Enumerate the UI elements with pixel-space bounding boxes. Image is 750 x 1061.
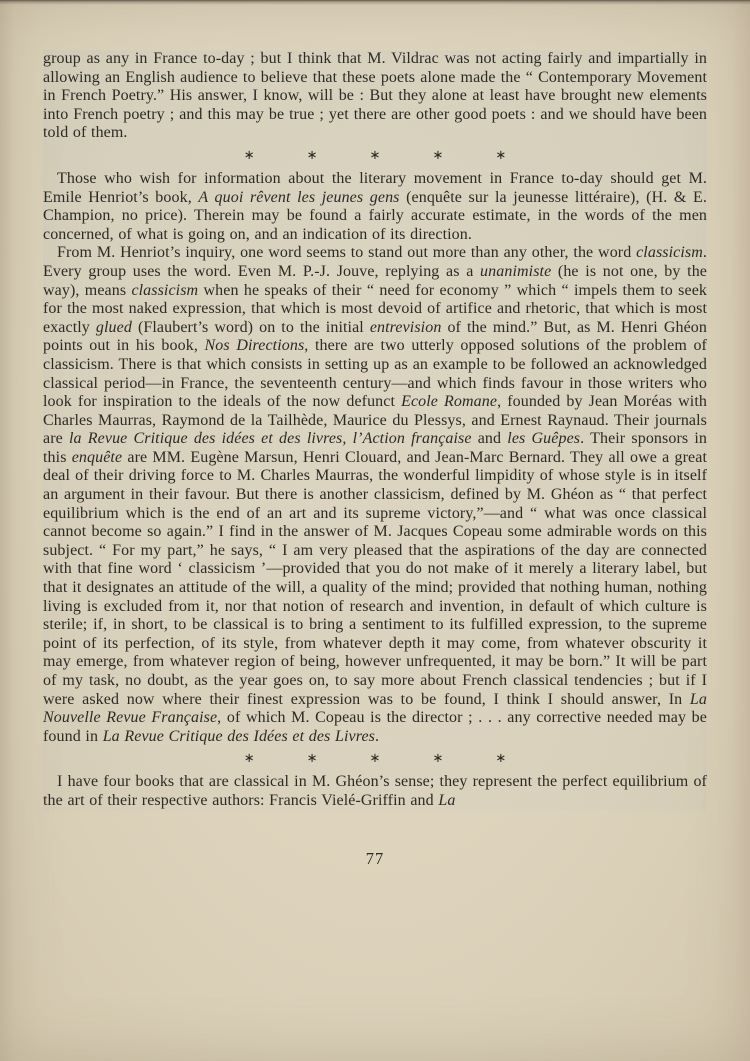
asterisk-separator: ∗∗∗∗∗	[43, 144, 707, 168]
paragraph: I have four books that are classical in …	[43, 773, 707, 810]
body-text: and	[472, 430, 508, 447]
asterisk-icon: ∗	[244, 144, 255, 168]
italic-text: glued	[96, 319, 132, 336]
italic-text: unanimiste	[480, 263, 551, 280]
asterisk-icon: ∗	[307, 144, 318, 168]
body-text: From M. Henriot’s inquiry, one word seem…	[57, 244, 636, 261]
italic-text: classicism	[636, 244, 703, 261]
italic-text: A quoi rêvent les jeunes gens	[198, 189, 399, 206]
italic-text: La	[438, 792, 455, 809]
italic-text: enquête	[72, 449, 122, 466]
italic-text: la Revue Critique des idées et des livre…	[69, 430, 472, 447]
asterisk-icon: ∗	[432, 747, 443, 771]
book-page-scan: { "page": { "number": "77", "separator_s…	[0, 0, 750, 1061]
italic-text: classicism	[131, 282, 198, 299]
page-text: group as any in France to-day ; but I th…	[43, 50, 707, 811]
body-text: are MM. Eugène Marsun, Henri Clouard, an…	[43, 449, 707, 708]
body-text: .	[375, 728, 379, 745]
page-number: 77	[0, 849, 750, 869]
asterisk-icon: ∗	[495, 144, 506, 168]
asterisk-icon: ∗	[370, 144, 381, 168]
asterisk-icon: ∗	[370, 747, 381, 771]
asterisk-icon: ∗	[432, 144, 443, 168]
asterisk-icon: ∗	[495, 747, 506, 771]
paragraph: From M. Henriot’s inquiry, one word seem…	[43, 244, 707, 746]
paragraph: group as any in France to-day ; but I th…	[43, 50, 707, 143]
body-text: I have four books that are classical in …	[43, 773, 707, 809]
asterisk-separator: ∗∗∗∗∗	[43, 747, 707, 771]
paragraph: Those who wish for information about the…	[43, 170, 707, 244]
italic-text: entrevision	[370, 319, 442, 336]
italic-text: La Revue Critique des Idées et des Livre…	[103, 728, 375, 745]
body-text: (Flaubert’s word) on to the initial	[132, 319, 370, 336]
body-text: group as any in France to-day ; but I th…	[43, 50, 707, 141]
asterisk-icon: ∗	[244, 747, 255, 771]
italic-text: les Guêpes	[507, 430, 580, 447]
italic-text: Ecole Romane	[401, 393, 497, 410]
asterisk-icon: ∗	[307, 747, 318, 771]
italic-text: Nos Directions	[205, 337, 305, 354]
